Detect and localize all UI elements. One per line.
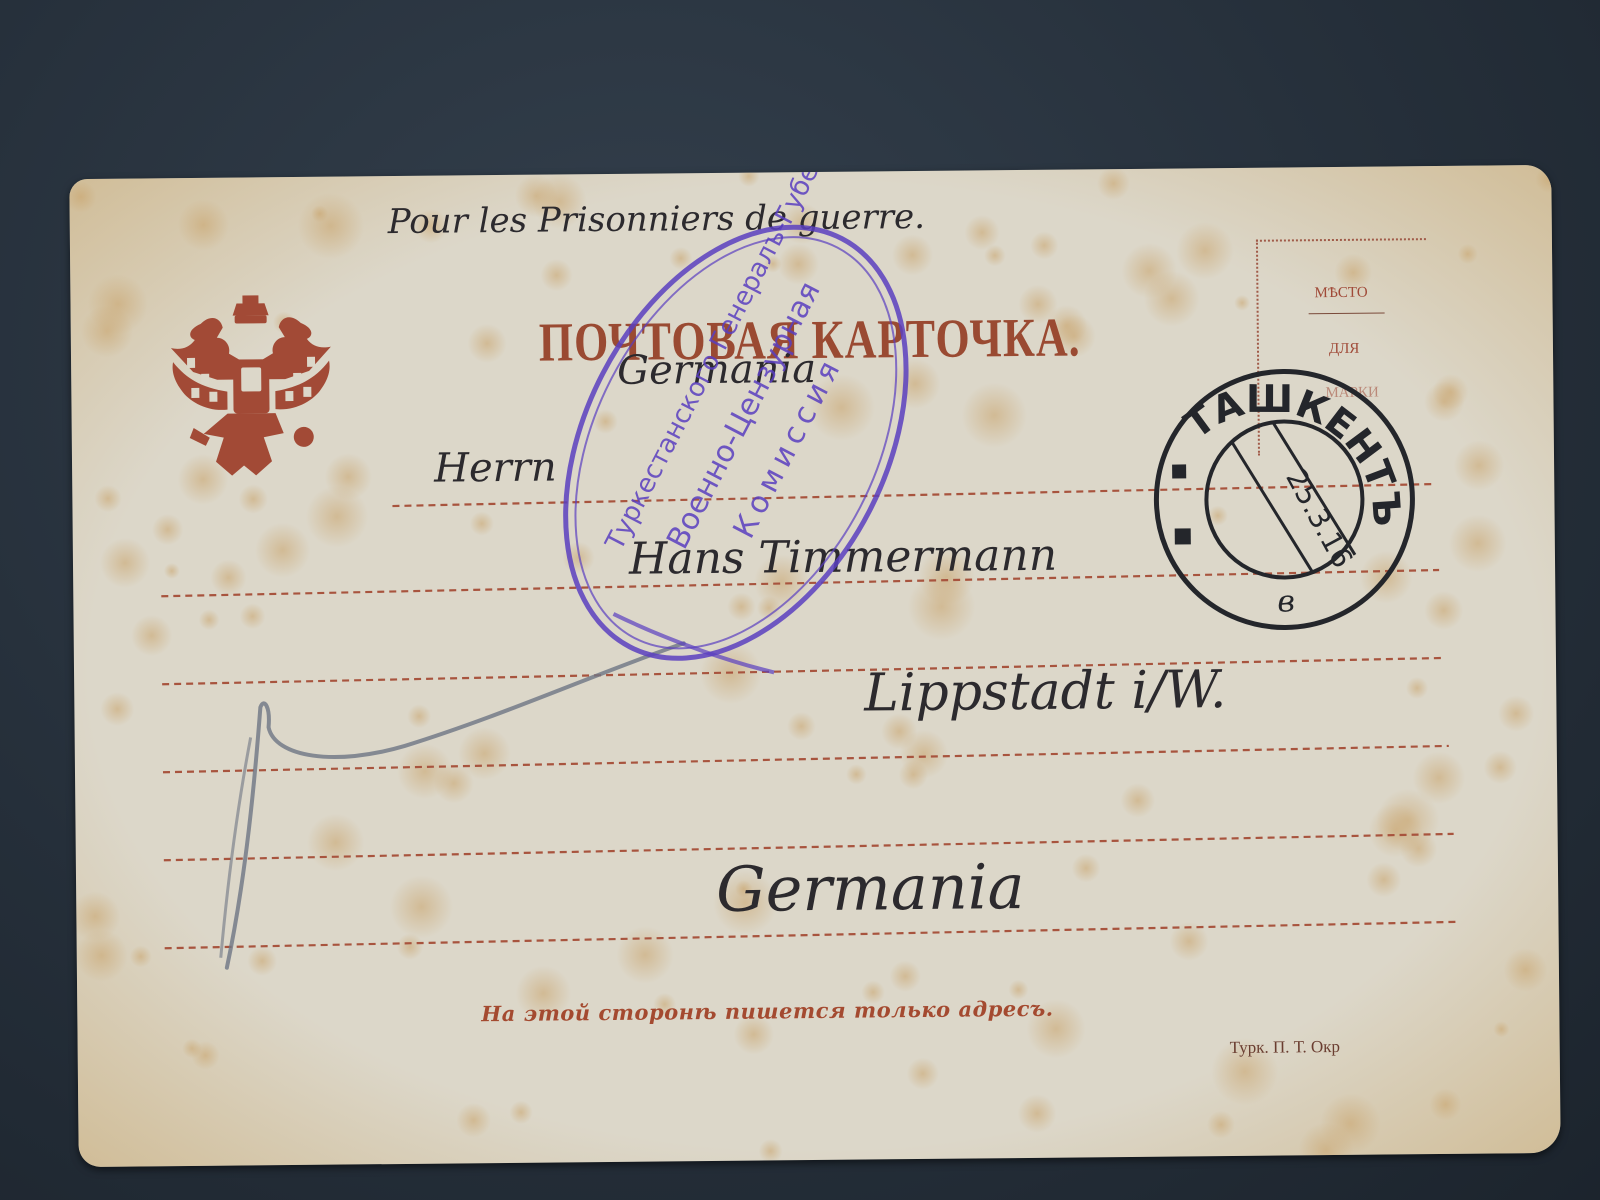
handwritten-country-bottom: Germania [716, 850, 1025, 926]
handwritten-city: Lippstadt i/W. [864, 660, 1227, 723]
stamp-placement-box: МѢСТО ДЛЯ МАРКИ [1256, 238, 1428, 456]
printed-footer-note: На этой сторонѣ пишется только адресъ. [481, 996, 1053, 1026]
postcard: ПОЧТОВАЯ КАРТОЧКА. МѢСТО ДЛЯ МАРКИ Pour … [69, 165, 1560, 1167]
stamp-box-label-1: МѢСТО [1314, 285, 1367, 303]
double-headed-eagle-icon [162, 287, 340, 485]
stamp-box-label-3: МАРКИ [1325, 385, 1379, 403]
handwritten-header: Pour les Prisonniers de guerre. [388, 197, 926, 242]
handwritten-country-top: Germania [617, 346, 816, 394]
handwritten-salutation: Herrn [434, 444, 557, 491]
stamp-box-label-2: ДЛЯ [1329, 341, 1360, 358]
handwritten-recipient-name: Hans Timmermann [629, 530, 1058, 585]
stamp-box-rule [1309, 313, 1385, 315]
printer-imprint: Турк. П. Т. Окр [1230, 1037, 1340, 1058]
svg-text:25.3.16: 25.3.16 [1279, 464, 1359, 574]
svg-text:в: в [1277, 584, 1295, 619]
